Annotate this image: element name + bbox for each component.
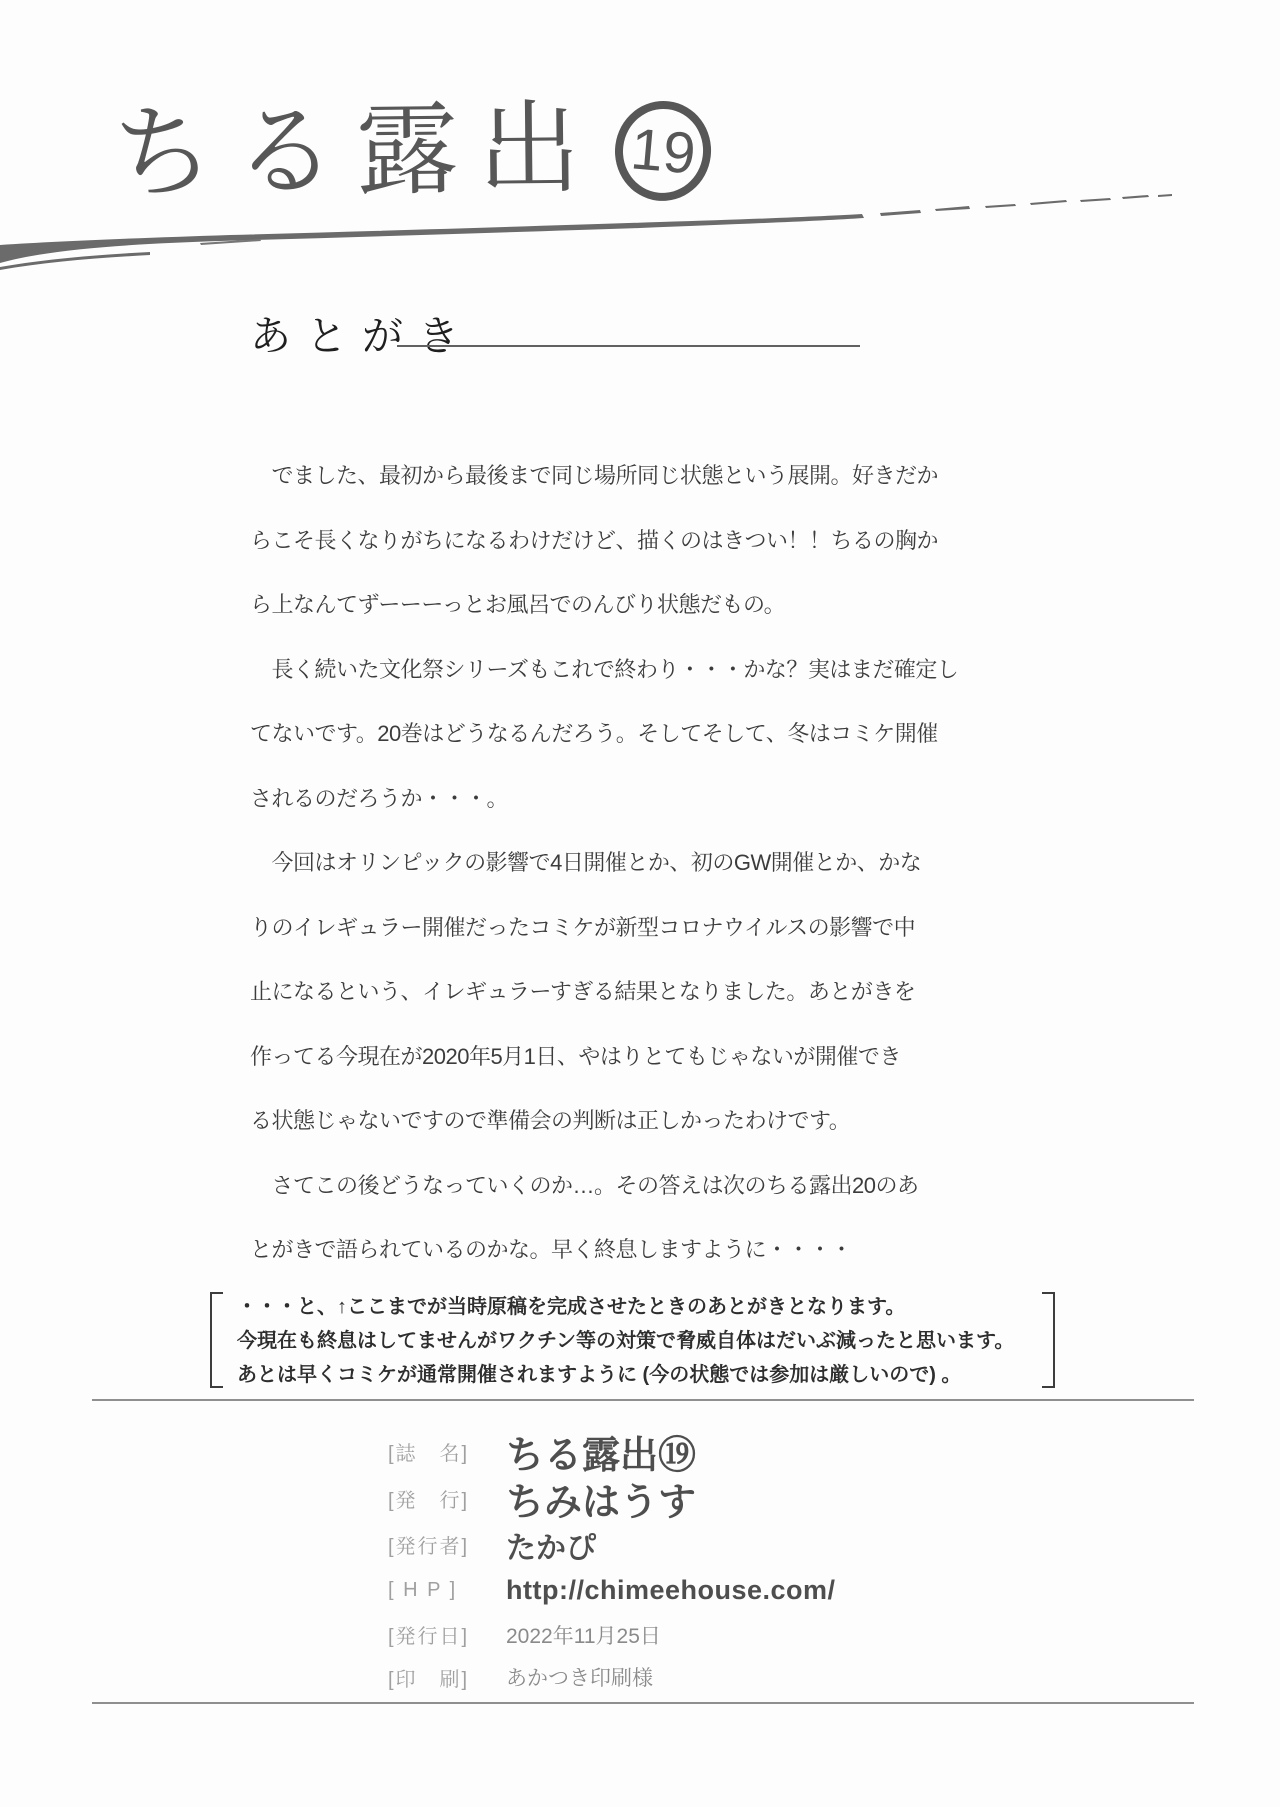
body-line: ら上なんてずーーーっとお風呂でのんびり状態だもの。 [250, 573, 950, 638]
note-line: ・・・と、↑ここまでが当時原稿を完成させたときのあとがきとなります。 [237, 1290, 1030, 1324]
colophon-label: [発 行] [388, 1484, 506, 1513]
note-text: ・・・と、↑ここまでが当時原稿を完成させたときのあとがきとなります。今現在も終息… [223, 1290, 1042, 1392]
heading-rule [397, 345, 860, 347]
circled-19-number: 19 [628, 115, 698, 187]
body-line: てないです。20巻はどうなるんだろう。そしてそして、冬はコミケ開催 [250, 702, 950, 767]
colophon-label: [誌 名] [388, 1437, 506, 1466]
note-line: あとは早くコミケが通常開催されますように (今の状態では参加は厳しいので) 。 [237, 1358, 1030, 1392]
note-line: 今現在も終息はしてませんがワクチン等の対策で脅威自体はだいぶ減ったと思います。 [237, 1324, 1030, 1358]
body-line: されるのだろうか・・・。 [250, 767, 950, 832]
note-bracket-right [1042, 1292, 1055, 1388]
colophon-label: [ H P ] [388, 1579, 506, 1602]
body-line: 長く続いた文化祭シリーズもこれで終わり・・・かな？実はまだ確定し [250, 638, 950, 703]
body-line: さてこの後どうなっていくのか…。その答えは次のちる露出20のあ [250, 1154, 950, 1219]
page: ちる露出 19 あとがき でました、最初から最後まで同じ場所同じ状態という展開。… [0, 0, 1280, 1807]
body-line: とがきで語られているのかな。早く終息しますように・・・・ [250, 1218, 950, 1283]
colophon-row: [発行日] 2022年11月25日 [388, 1612, 836, 1657]
colophon-divider-top [92, 1399, 1194, 1401]
colophon-value: http://chimeehouse.com/ [506, 1575, 836, 1606]
body-line: らこそ長くなりがちになるわけだけど、描くのはきつい！！ちるの胸か [250, 509, 950, 574]
colophon-value: 2022年11月25日 [506, 1620, 661, 1650]
colophon: [誌 名] ちる露出⑲ [発 行] ちみはうす [発行者] たかぴ [ H P … [388, 1428, 836, 1697]
colophon-value: あかつき印刷様 [506, 1662, 653, 1692]
colophon-value: ちみはうす [506, 1471, 696, 1526]
colophon-row: [ H P ] http://chimeehouse.com/ [388, 1568, 836, 1612]
body-line: りのイレギュラー開催だったコミケが新型コロナウイルスの影響で中 [250, 896, 950, 961]
body-line: 止になるという、イレギュラーすぎる結果となりました。あとがきを [250, 960, 950, 1025]
afterword-body: でました、最初から最後まで同じ場所同じ状態という展開。好きだからこそ長くなりがち… [250, 444, 950, 1283]
afterword-heading-text: あとがき [250, 313, 474, 359]
colophon-divider-bottom [92, 1702, 1194, 1704]
colophon-label: [発行者] [388, 1530, 506, 1559]
colophon-row: [発 行] ちみはうす [388, 1475, 836, 1521]
colophon-row: [誌 名] ちる露出⑲ [388, 1428, 836, 1475]
colophon-label: [印 刷] [388, 1663, 506, 1692]
body-line: 今回はオリンピックの影響で4日開催とか、初のGW開催とか、かな [250, 831, 950, 896]
colophon-value: たかぴ [506, 1523, 596, 1567]
afterword-heading: あとがき [250, 303, 474, 362]
body-line: る状態じゃないですので準備会の判断は正しかったわけです。 [250, 1089, 950, 1154]
body-line: 作ってる今現在が2020年5月1日、やはりとてもじゃないが開催でき [250, 1025, 950, 1090]
colophon-row: [印 刷] あかつき印刷様 [388, 1657, 836, 1697]
colophon-label: [発行日] [388, 1620, 506, 1649]
bracketed-note: ・・・と、↑ここまでが当時原稿を完成させたときのあとがきとなります。今現在も終息… [210, 1290, 1055, 1392]
colophon-row: [発行者] たかぴ [388, 1521, 836, 1568]
body-line: でました、最初から最後まで同じ場所同じ状態という展開。好きだか [250, 444, 950, 509]
brush-stroke [0, 185, 1280, 275]
note-bracket-left [210, 1292, 223, 1388]
